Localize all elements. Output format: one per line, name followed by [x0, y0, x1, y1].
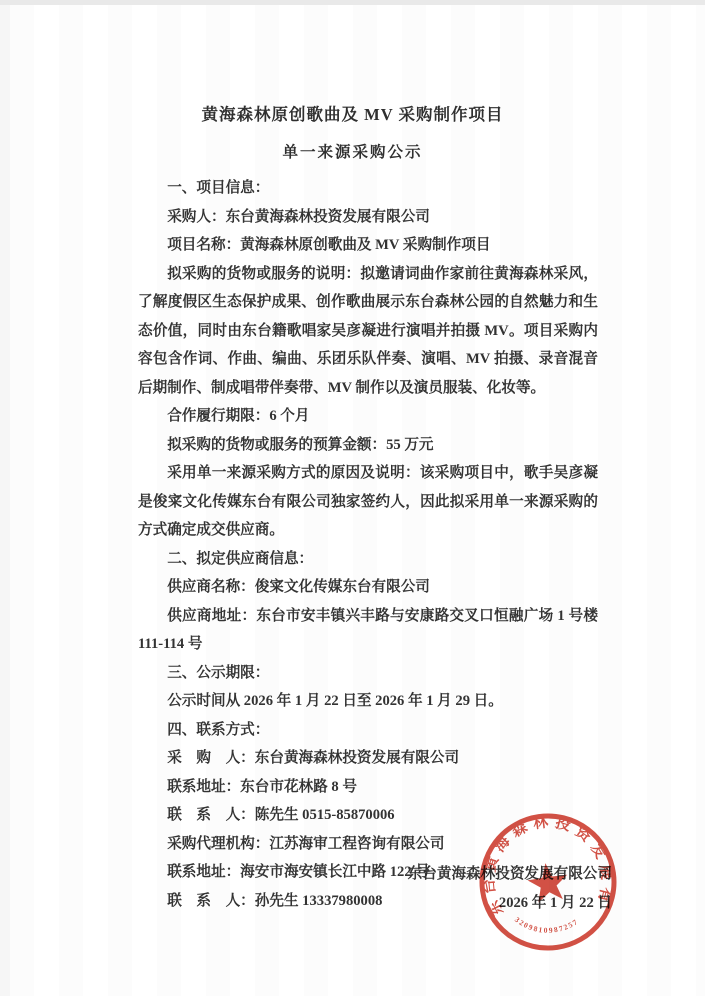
section-heading-publicity-period: 三、公示期限： — [138, 659, 598, 688]
signature-block: 东台黄海森林投资发展有限公司 2026 年 1 月 22 日 — [408, 860, 612, 918]
document-body: 一、项目信息： 采购人：东台黄海森林投资发展有限公司 项目名称：黄海森林原创歌曲… — [138, 174, 598, 915]
doc-line-supplier-address: 供应商地址：东台市安丰镇兴丰路与安康路交叉口恒融广场 1 号楼 111-114 … — [138, 602, 598, 659]
doc-line-contact-purchaser: 采 购 人：东台黄海森林投资发展有限公司 — [138, 744, 598, 773]
doc-line-agency: 采购代理机构：江苏海审工程咨询有限公司 — [138, 830, 598, 859]
doc-line-contract-term: 合作履行期限：6 个月 — [138, 402, 598, 431]
doc-line-contact-person-1: 联 系 人：陈先生 0515-85870006 — [138, 801, 598, 830]
doc-line-service-description: 拟采购的货物或服务的说明：拟邀请词曲作家前往黄海森林采风，了解度假区生态保护成果… — [138, 260, 598, 403]
scan-top-edge — [0, 0, 705, 5]
doc-line-purchaser: 采购人：东台黄海森林投资发展有限公司 — [138, 203, 598, 232]
doc-line-publicity-dates: 公示时间从 2026 年 1 月 22 日至 2026 年 1 月 29 日。 — [138, 687, 598, 716]
signature-company: 东台黄海森林投资发展有限公司 — [408, 860, 612, 889]
doc-line-budget: 拟采购的货物或服务的预算金额：55 万元 — [138, 431, 598, 460]
scanned-document-page: 黄海森林原创歌曲及 MV 采购制作项目 单一来源采购公示 一、项目信息： 采购人… — [0, 0, 705, 996]
doc-line-contact-address-1: 联系地址：东台市花林路 8 号 — [138, 773, 598, 802]
document-header: 黄海森林原创歌曲及 MV 采购制作项目 单一来源采购公示 — [0, 96, 705, 172]
section-heading-project-info: 一、项目信息： — [138, 174, 598, 203]
document-subtitle: 单一来源采购公示 — [0, 134, 705, 172]
signature-date: 2026 年 1 月 22 日 — [408, 889, 612, 918]
doc-line-project-name: 项目名称：黄海森林原创歌曲及 MV 采购制作项目 — [138, 231, 598, 260]
document-title: 黄海森林原创歌曲及 MV 采购制作项目 — [0, 96, 705, 134]
doc-line-single-source-reason: 采用单一来源采购方式的原因及说明：该采购项目中，歌手吴彦凝是俊寀文化传媒东台有限… — [138, 459, 598, 545]
section-heading-supplier-info: 二、拟定供应商信息： — [138, 545, 598, 574]
doc-line-supplier-name: 供应商名称：俊寀文化传媒东台有限公司 — [138, 573, 598, 602]
section-heading-contact-info: 四、联系方式： — [138, 716, 598, 745]
